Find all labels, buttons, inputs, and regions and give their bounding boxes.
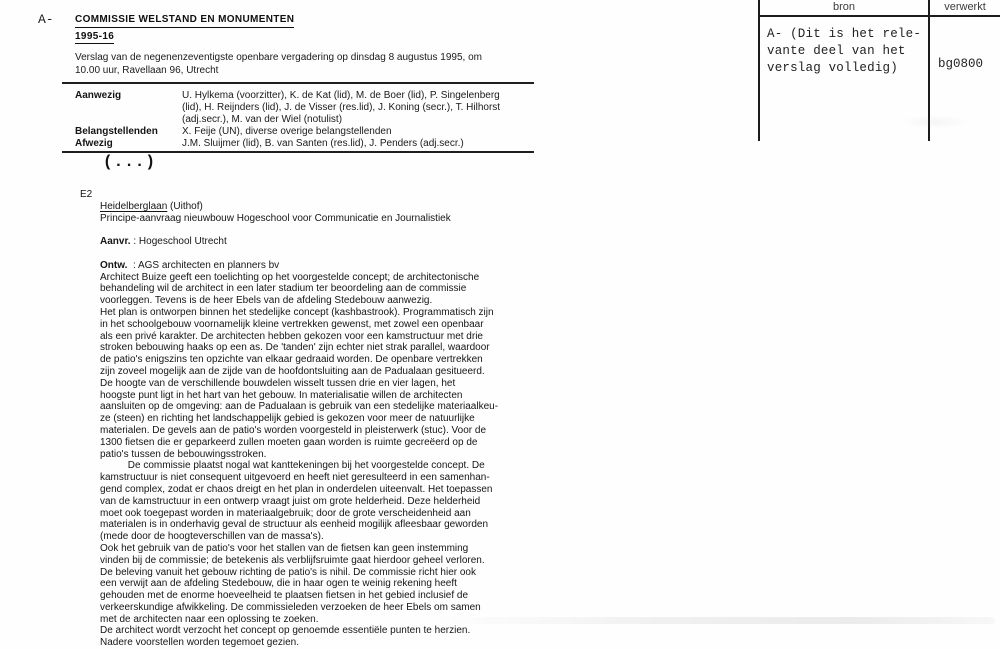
section-code-e2: E2 xyxy=(80,189,92,200)
source-annotation: A- (Dit is het rele- vante deel van het … xyxy=(767,26,927,77)
document-title: COMMISSIE WELSTAND EN MONUMENTEN 1995-16 xyxy=(75,11,535,44)
applicant-value: : Hogeschool Utrecht xyxy=(131,236,227,247)
document-title-line1: COMMISSIE WELSTAND EN MONUMENTEN xyxy=(75,14,294,28)
attendance-row-aanwezig: Aanwezig U. Hylkema (voorzitter), K. de … xyxy=(75,90,527,126)
margin-marker-a: A- xyxy=(38,12,54,27)
column-header-bron: bron xyxy=(760,1,928,13)
meeting-description: Verslag van de negenenzeventigste openba… xyxy=(75,52,535,77)
designer-label: Ontw. xyxy=(100,260,127,271)
section-e2-body: Heidelberglaan (Uithof) Principe-aanvraa… xyxy=(100,189,528,649)
section-heading: Heidelberglaan (Uithof) xyxy=(100,189,528,213)
attendance-row-belangstellenden: Belangstellenden X. Feije (UN), diverse … xyxy=(75,126,527,138)
attendance-block: Aanwezig U. Hylkema (voorzitter), K. de … xyxy=(75,90,527,150)
attendance-label: Afwezig xyxy=(75,138,182,150)
scanned-document-page: { "page": { "margin_marker": "A-", "elli… xyxy=(0,0,1000,649)
street-name: Heidelberglaan xyxy=(100,201,167,212)
divider-top xyxy=(62,82,534,84)
designer-value: : AGS architecten en planners bv xyxy=(127,260,279,271)
attendance-value: U. Hylkema (voorzitter), K. de Kat (lid)… xyxy=(182,90,527,126)
attendance-label: Belangstellenden xyxy=(75,126,182,138)
document-header: COMMISSIE WELSTAND EN MONUMENTEN 1995-16… xyxy=(75,11,535,77)
attendance-value: X. Feije (UN), diverse overige belangste… xyxy=(182,126,527,138)
table-header-rule xyxy=(758,15,1000,17)
processed-code: bg0800 xyxy=(938,57,983,71)
source-registration-table: bron verwerkt A- (Dit is het rele- vante… xyxy=(758,0,1000,141)
table-border-left xyxy=(758,0,760,141)
paragraph-intro: Architect Buize geeft een toelichting op… xyxy=(100,272,528,307)
applicant-line: Aanvr. : Hogeschool Utrecht xyxy=(100,224,528,248)
table-column-divider xyxy=(928,0,930,141)
attendance-row-afwezig: Afwezig J.M. Sluijmer (lid), B. van Sant… xyxy=(75,138,527,150)
designer-line: Ontw. : AGS architecten en planners bv xyxy=(100,248,528,272)
paragraph-patios: Ook het gebruik van de patio's voor het … xyxy=(100,543,528,626)
paragraph-besluit: De architect wordt verzocht het concept … xyxy=(100,625,528,649)
column-header-verwerkt: verwerkt xyxy=(930,1,1000,13)
applicant-label: Aanvr. xyxy=(100,236,131,247)
paragraph-plan: Het plan is ontworpen binnen het stedeli… xyxy=(100,307,528,460)
omission-ellipsis: (...) xyxy=(103,153,156,171)
attendance-value: J.M. Sluijmer (lid), B. van Santen (res.… xyxy=(182,138,527,150)
attendance-label: Aanwezig xyxy=(75,90,182,126)
section-subject: Principe-aanvraag nieuwbouw Hogeschool v… xyxy=(100,213,528,225)
paragraph-commissie: De commissie plaatst nogal wat kantteken… xyxy=(100,460,528,543)
document-title-line2: 1995-16 xyxy=(75,31,114,45)
street-suffix: (Uithof) xyxy=(167,201,203,212)
